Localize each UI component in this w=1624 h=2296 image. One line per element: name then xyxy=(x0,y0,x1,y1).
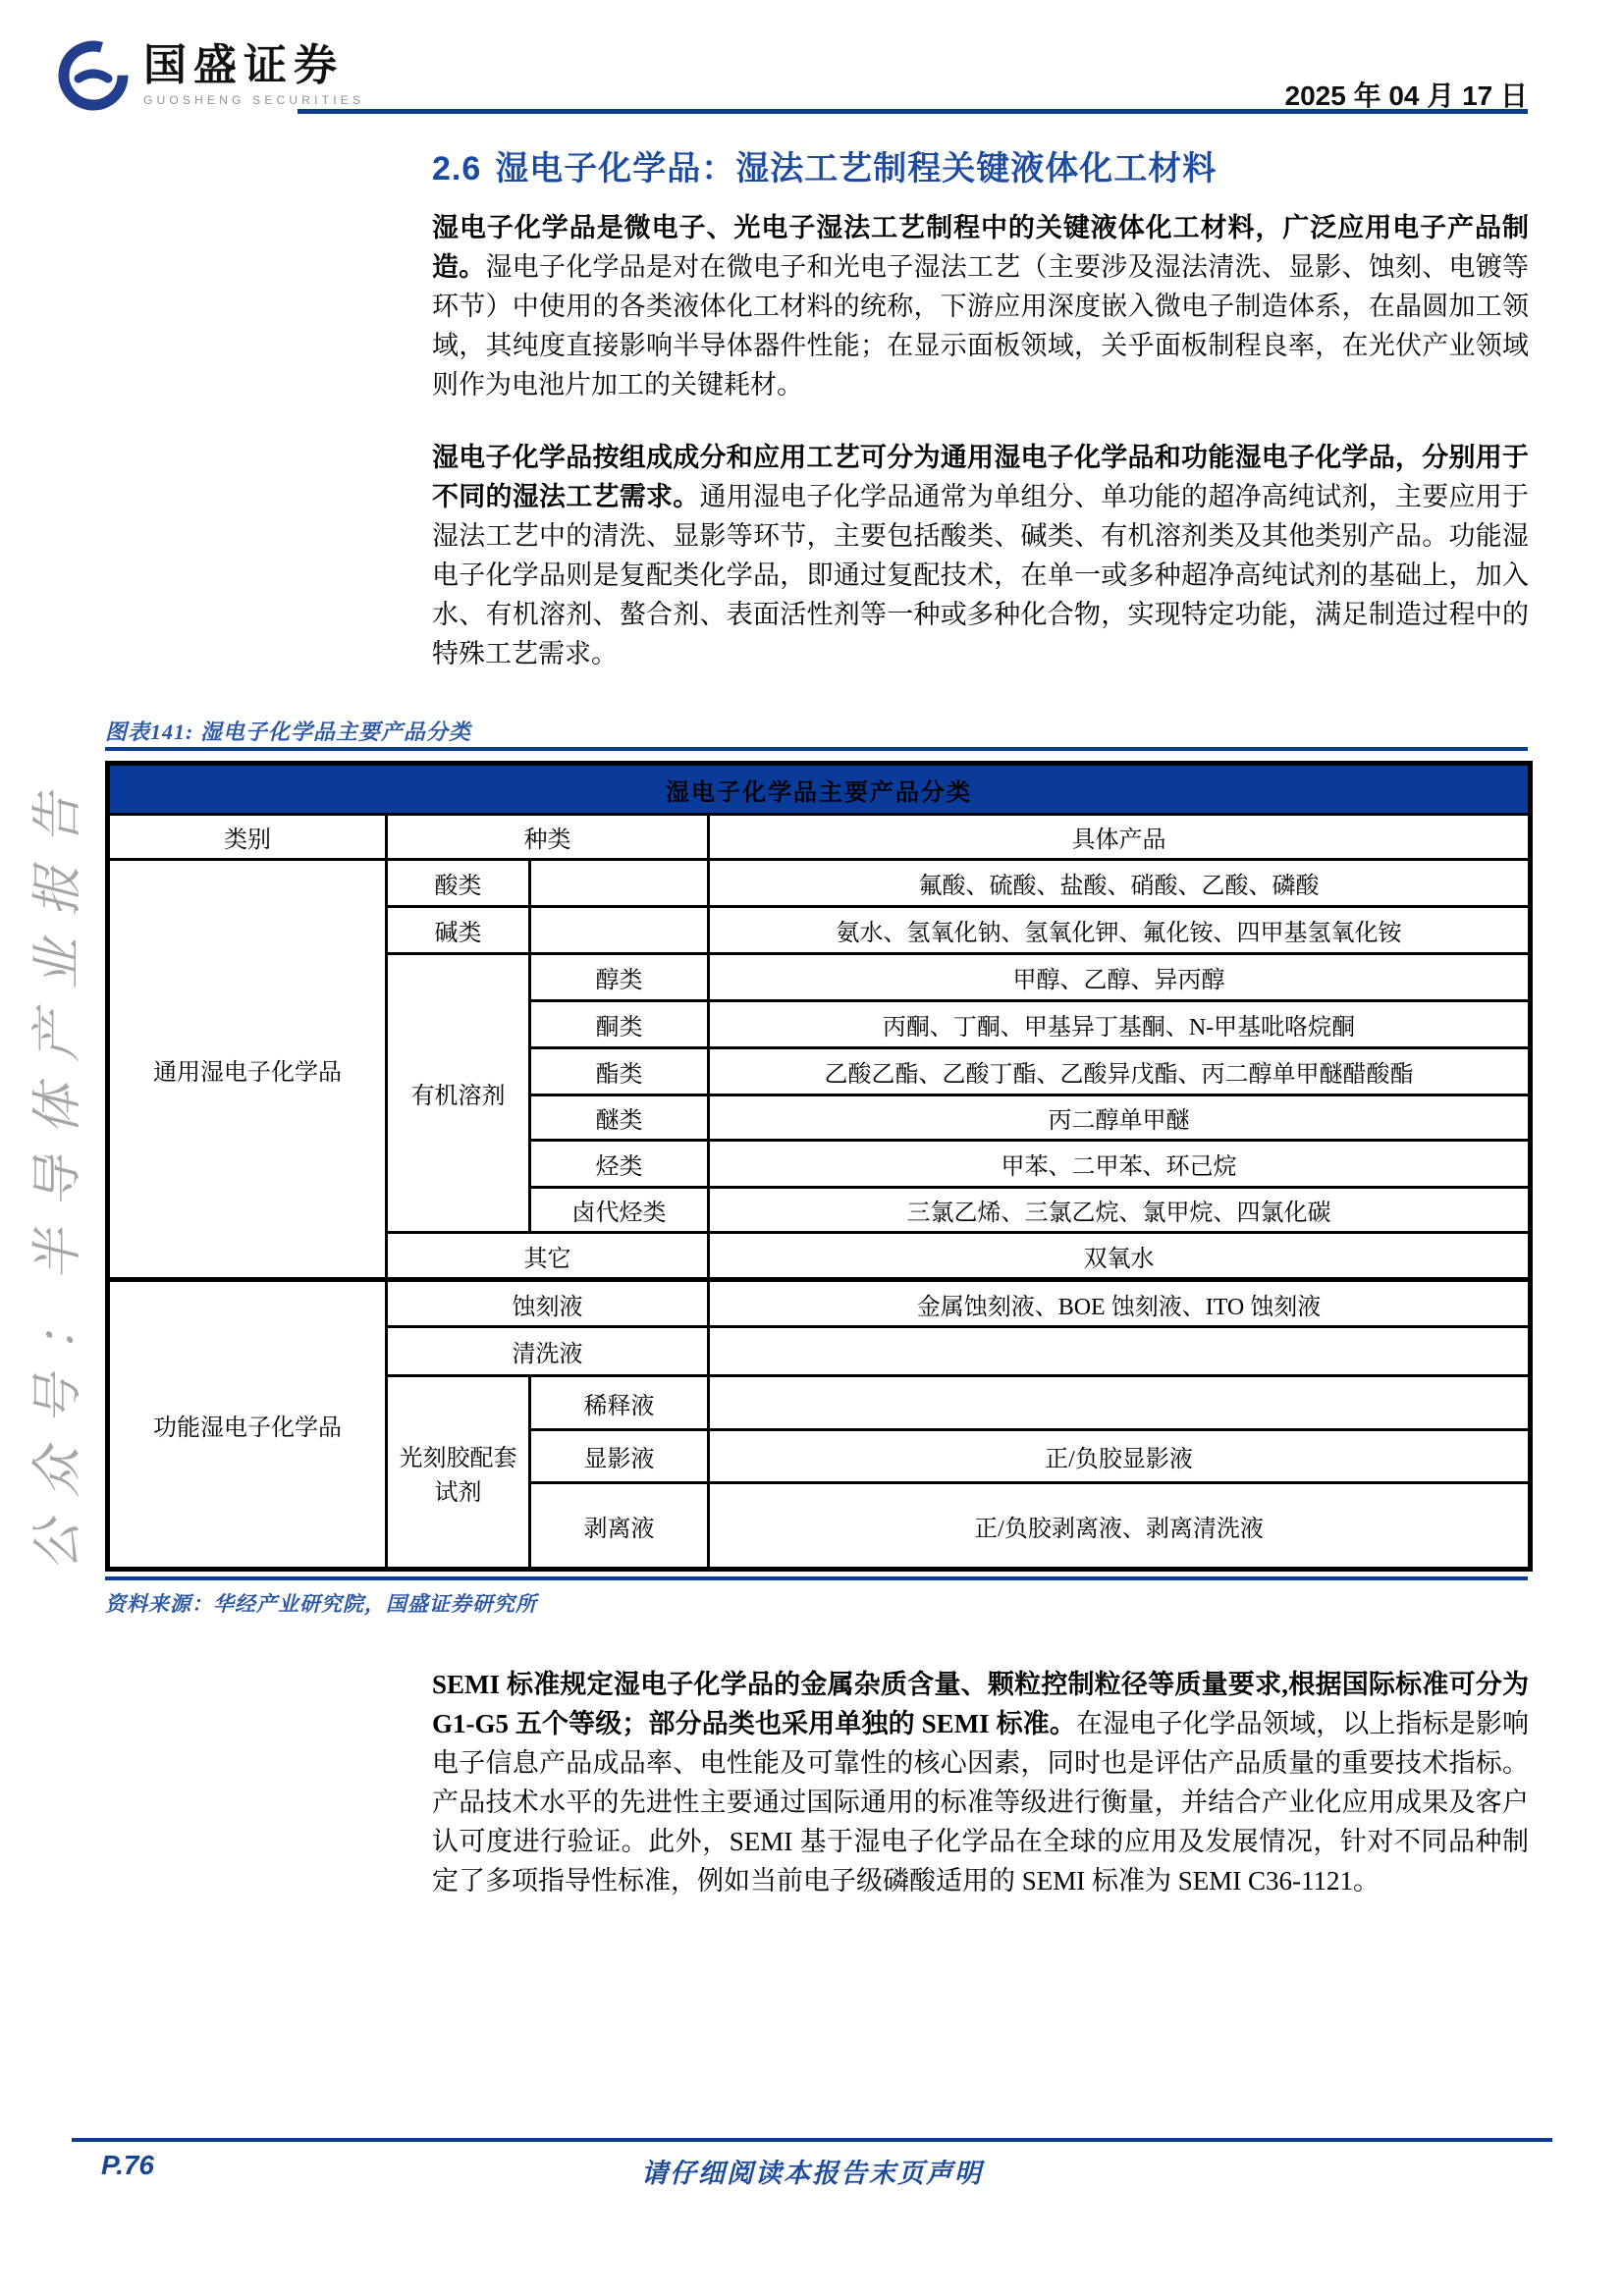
table-cell: 酯类 xyxy=(530,1048,709,1095)
table-cell: 光刻胶配套试剂 xyxy=(387,1376,530,1570)
table-title: 湿电子化学品主要产品分类 xyxy=(108,764,1531,815)
table-cell: 醚类 xyxy=(530,1095,709,1141)
table-header-row: 类别 种类 具体产品 xyxy=(108,815,1531,860)
brand-logo: 国盛证券 GUOSHENG SECURITIES xyxy=(57,39,364,112)
table-cell: 氨水、氢氧化钠、氢氧化钾、氟化铵、四甲基氢氧化铵 xyxy=(709,907,1531,954)
section-number: 2.6 xyxy=(432,150,481,187)
classification-table: 湿电子化学品主要产品分类 类别 种类 具体产品 通用湿电子化学品酸类氟酸、硫酸、… xyxy=(105,761,1528,1572)
table-cell: 清洗液 xyxy=(387,1327,709,1376)
figure-source: 资料来源：华经产业研究院，国盛证券研究所 xyxy=(105,1588,537,1618)
table-cell: 酮类 xyxy=(530,1001,709,1048)
figure-bottom-rule xyxy=(105,1576,1528,1580)
table-cell: 金属蚀刻液、BOE 蚀刻液、ITO 蚀刻液 xyxy=(709,1280,1531,1327)
wechat-watermark: 公众号：半导体产业报告 xyxy=(16,772,89,1571)
report-date: 2025 年 04 月 17 日 xyxy=(1285,75,1528,114)
footer-disclaimer: 请仔细阅读本报告末页声明 xyxy=(0,2152,1624,2190)
table-cell: 甲苯、二甲苯、环己烷 xyxy=(709,1141,1531,1188)
table-cell xyxy=(709,1376,1531,1430)
table-cell: 酸类 xyxy=(387,860,530,907)
figure-top-rule xyxy=(105,747,1528,751)
table-cell xyxy=(709,1327,1531,1376)
table-cell: 有机溶剂 xyxy=(387,954,530,1233)
paragraph-3: SEMI 标准规定湿电子化学品的金属杂质含量、颗粒控制粒径等质量要求,根据国际标… xyxy=(432,1665,1529,1900)
column-header-category: 类别 xyxy=(108,815,387,860)
column-header-type: 种类 xyxy=(387,815,709,860)
table-row: 功能湿电子化学品蚀刻液金属蚀刻液、BOE 蚀刻液、ITO 蚀刻液 xyxy=(108,1280,1531,1327)
table-cell: 碱类 xyxy=(387,907,530,954)
table-title-row: 湿电子化学品主要产品分类 xyxy=(108,764,1531,815)
table-cell: 氟酸、硫酸、盐酸、硝酸、乙酸、磷酸 xyxy=(709,860,1531,907)
brand-name-cn: 国盛证券 xyxy=(143,41,364,91)
table-cell: 乙酸乙酯、乙酸丁酯、乙酸异戊酯、丙二醇单甲醚醋酸酯 xyxy=(709,1048,1531,1095)
table-cell: 卤代烃类 xyxy=(530,1188,709,1233)
section-title-text: 湿电子化学品：湿法工艺制程关键液体化工材料 xyxy=(495,150,1217,187)
figure-caption: 图表141: 湿电子化学品主要产品分类 xyxy=(105,716,471,746)
header-divider xyxy=(298,109,1528,114)
brand-name-en: GUOSHENG SECURITIES xyxy=(143,93,364,107)
table-cell: 丙二醇单甲醚 xyxy=(709,1095,1531,1141)
table-cell xyxy=(530,860,709,907)
table-cell: 剥离液 xyxy=(530,1483,709,1570)
table-cell: 其它 xyxy=(387,1233,709,1280)
section-title: 2.6湿电子化学品：湿法工艺制程关键液体化工材料 xyxy=(432,141,1217,189)
table-cell: 正/负胶显影液 xyxy=(709,1430,1531,1483)
table-cell: 通用湿电子化学品 xyxy=(108,860,387,1280)
paragraph-2: 湿电子化学品按组成成分和应用工艺可分为通用湿电子化学品和功能湿电子化学品，分别用… xyxy=(432,438,1529,673)
paragraph-1: 湿电子化学品是微电子、光电子湿法工艺制程中的关键液体化工材料，广泛应用电子产品制… xyxy=(432,208,1529,404)
guosheng-logo-icon xyxy=(57,39,130,112)
table-cell: 显影液 xyxy=(530,1430,709,1483)
table-cell: 三氯乙烯、三氯乙烷、氯甲烷、四氯化碳 xyxy=(709,1188,1531,1233)
table-cell xyxy=(530,907,709,954)
table-cell: 蚀刻液 xyxy=(387,1280,709,1327)
footer-divider xyxy=(72,2138,1552,2142)
table-cell: 功能湿电子化学品 xyxy=(108,1280,387,1570)
table-cell: 烃类 xyxy=(530,1141,709,1188)
table-cell: 双氧水 xyxy=(709,1233,1531,1280)
table-cell: 正/负胶剥离液、剥离清洗液 xyxy=(709,1483,1531,1570)
column-header-products: 具体产品 xyxy=(709,815,1531,860)
paragraph-1-body: 湿电子化学品是对在微电子和光电子湿法工艺（主要涉及湿法清洗、显影、蚀刻、电镀等环… xyxy=(432,252,1529,400)
report-page: { "brand": { "logo_cn": "国盛证券", "logo_en… xyxy=(0,0,1624,2296)
table-cell: 甲醇、乙醇、异丙醇 xyxy=(709,954,1531,1001)
table-cell: 醇类 xyxy=(530,954,709,1001)
table-body: 湿电子化学品主要产品分类 类别 种类 具体产品 通用湿电子化学品酸类氟酸、硫酸、… xyxy=(108,764,1531,1570)
table-row: 通用湿电子化学品酸类氟酸、硫酸、盐酸、硝酸、乙酸、磷酸 xyxy=(108,860,1531,907)
table-cell: 丙酮、丁酮、甲基异丁基酮、N-甲基吡咯烷酮 xyxy=(709,1001,1531,1048)
table-cell: 稀释液 xyxy=(530,1376,709,1430)
